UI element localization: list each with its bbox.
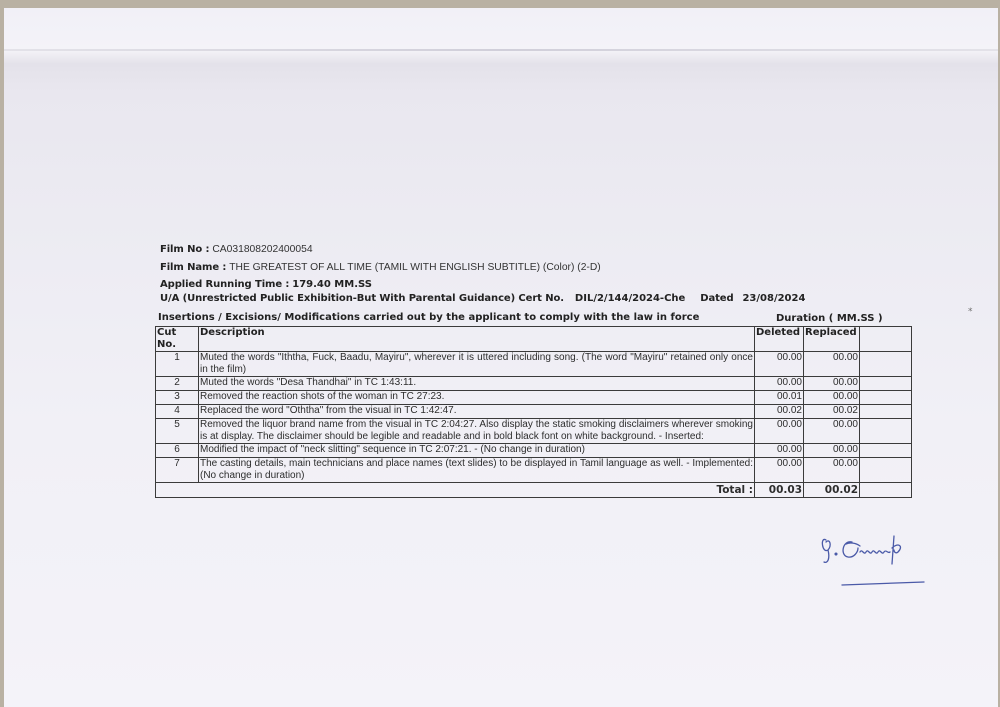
film-number-label: Film No : [160,244,209,255]
header-deleted: Deleted [755,327,804,352]
running-time-line: Applied Running Time : 179.40 MM.SS [160,278,372,290]
replaced-duration: 00.00 [804,419,860,444]
empty-cell [860,444,912,458]
scan-speck: ⁎ [968,303,973,314]
page-fold-crease [4,49,998,51]
cut-number: 1 [156,352,199,377]
cut-description: The casting details, main technicians an… [199,458,755,483]
total-deleted: 00.03 [755,483,804,498]
signature-icon [818,530,938,600]
table-row: 4Replaced the word "Oththa" from the vis… [156,405,912,419]
cut-number: 2 [156,377,199,391]
film-name-value: THE GREATEST OF ALL TIME (TAMIL WITH ENG… [229,262,601,273]
cut-description: Modified the impact of "neck slitting" s… [199,444,755,458]
certificate-label: U/A (Unrestricted Public Exhibition-But … [160,293,564,304]
table-row: 1Muted the words "Iththa, Fuck, Baadu, M… [156,352,912,377]
replaced-duration: 00.00 [804,352,860,377]
total-label: Total : [156,483,755,498]
deleted-duration: 00.00 [755,458,804,483]
replaced-duration: 00.00 [804,377,860,391]
running-time-label: Applied Running Time : [160,279,289,290]
film-name-label: Film Name : [160,262,226,273]
deleted-duration: 00.02 [755,405,804,419]
film-name-line: Film Name : THE GREATEST OF ALL TIME (TA… [160,261,601,273]
cut-number: 5 [156,419,199,444]
duration-heading: Duration ( MM.SS ) [776,313,883,324]
total-replaced: 00.02 [804,483,860,498]
table-row: 6Modified the impact of "neck slitting" … [156,444,912,458]
replaced-duration: 00.00 [804,444,860,458]
deleted-duration: 00.00 [755,419,804,444]
table-row: 2Muted the words "Desa Thandhai" in TC 1… [156,377,912,391]
cut-number: 3 [156,391,199,405]
deleted-duration: 00.01 [755,391,804,405]
replaced-duration: 00.02 [804,405,860,419]
header-replaced: Replaced [804,327,860,352]
cut-number: 4 [156,405,199,419]
deleted-duration: 00.00 [755,444,804,458]
cut-description: Replaced the word "Oththa" from the visu… [199,405,755,419]
deleted-duration: 00.00 [755,377,804,391]
certificate-line: U/A (Unrestricted Public Exhibition-But … [160,292,805,304]
certificate-number: DIL/2/144/2024-Che [575,293,685,304]
total-empty [860,483,912,498]
cut-description: Muted the words "Iththa, Fuck, Baadu, Ma… [199,352,755,377]
film-number-value: CA031808202400054 [212,244,312,255]
film-number-line: Film No : CA031808202400054 [160,243,313,255]
header-description: Description [199,327,755,352]
insertions-heading: Insertions / Excisions/ Modifications ca… [158,312,699,323]
cut-number: 7 [156,458,199,483]
running-time-value: 179.40 MM.SS [292,279,372,290]
empty-cell [860,391,912,405]
dated-label: Dated [700,293,733,304]
empty-cell [860,458,912,483]
empty-cell [860,419,912,444]
table-row: 3Removed the reaction shots of the woman… [156,391,912,405]
header-cut-no: Cut No. [156,327,199,352]
table-row: 7The casting details, main technicians a… [156,458,912,483]
replaced-duration: 00.00 [804,391,860,405]
empty-cell [860,405,912,419]
cut-description: Removed the reaction shots of the woman … [199,391,755,405]
table-row: 5Removed the liquor brand name from the … [156,419,912,444]
total-row: Total : 00.03 00.02 [156,483,912,498]
header-empty [860,327,912,352]
table-header-row: Cut No. Description Deleted Replaced [156,327,912,352]
dated-value: 23/08/2024 [742,293,805,304]
replaced-duration: 00.00 [804,458,860,483]
empty-cell [860,377,912,391]
cut-number: 6 [156,444,199,458]
cut-description: Muted the words "Desa Thandhai" in TC 1:… [199,377,755,391]
deleted-duration: 00.00 [755,352,804,377]
empty-cell [860,352,912,377]
modifications-table: Cut No. Description Deleted Replaced 1Mu… [155,326,912,498]
cut-description: Removed the liquor brand name from the v… [199,419,755,444]
